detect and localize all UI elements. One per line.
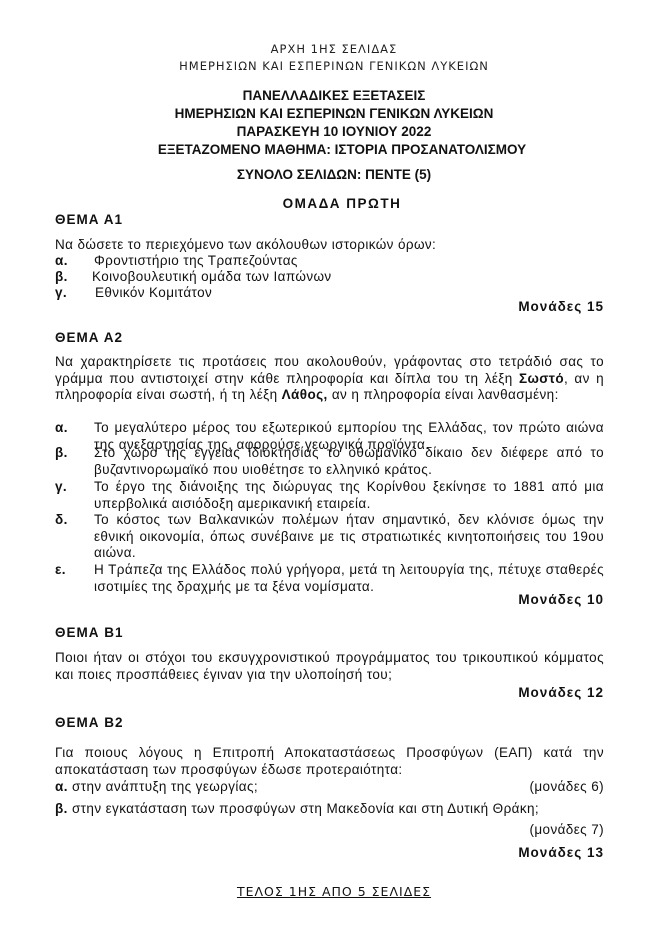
title-total-pages: ΣΥΝΟΛΟ ΣΕΛΙΔΩΝ: ΠΕΝΤΕ (5) <box>0 167 668 182</box>
item-label: δ. <box>55 512 68 529</box>
header-page-start: ΑΡΧΗ 1ΗΣ ΣΕΛΙΔΑΣ <box>0 42 668 56</box>
exam-page: ΑΡΧΗ 1ΗΣ ΣΕΛΙΔΑΣ ΗΜΕΡΗΣΙΩΝ ΚΑΙ ΕΣΠΕΡΙΝΩΝ… <box>0 0 668 945</box>
intro-wrong-word: Λάθος, <box>282 387 328 402</box>
theme-b2-marks: Μονάδες 13 <box>518 845 604 860</box>
item-label: β. <box>55 801 68 816</box>
item-text: Στο χώρο της έγγειας ιδιοκτησίας το οθωμ… <box>94 445 604 478</box>
header-school-type: ΗΜΕΡΗΣΙΩΝ ΚΑΙ ΕΣΠΕΡΙΝΩΝ ΓΕΝΙΚΩΝ ΛΥΚΕΙΩΝ <box>0 59 668 73</box>
item-label: α. <box>55 253 68 270</box>
theme-a1-marks: Μονάδες 15 <box>518 299 604 314</box>
theme-a2-heading: ΘΕΜΑ Α2 <box>55 330 123 345</box>
theme-a2-marks: Μονάδες 10 <box>518 592 604 607</box>
item-label: γ. <box>55 285 67 302</box>
item-text: στην εγκατάσταση των προσφύγων στη Μακεδ… <box>68 801 539 816</box>
theme-b1-heading: ΘΕΜΑ Β1 <box>55 625 124 640</box>
theme-b2-heading: ΘΕΜΑ Β2 <box>55 715 124 730</box>
theme-b2-item-marks: (μονάδες 6) <box>529 779 604 794</box>
theme-b2-item-marks: (μονάδες 7) <box>529 822 604 837</box>
item-label: β. <box>55 269 68 286</box>
item-text: στην ανάπτυξη της γεωργίας; <box>68 779 258 794</box>
item-label: α. <box>55 420 68 437</box>
item-text: Το έργο της διάνοιξης της διώρυγας της Κ… <box>94 479 604 512</box>
item-label: β. <box>55 445 68 462</box>
theme-b2-intro: Για ποιους λόγους η Επιτροπή Αποκαταστάσ… <box>55 745 604 778</box>
page-footer: ΤΕΛΟΣ 1ΗΣ ΑΠΟ 5 ΣΕΛΙΔΕΣ <box>0 884 668 899</box>
title-date: ΠΑΡΑΣΚΕΥΗ 10 ΙΟΥΝΙΟΥ 2022 <box>0 124 668 139</box>
item-label: γ. <box>55 479 67 496</box>
title-schools: ΗΜΕΡΗΣΙΩΝ ΚΑΙ ΕΣΠΕΡΙΝΩΝ ΓΕΝΙΚΩΝ ΛΥΚΕΙΩΝ <box>0 106 668 121</box>
theme-b2-item: β. στην εγκατάσταση των προσφύγων στη Μα… <box>55 801 539 816</box>
title-subject: ΕΞΕΤΑΖΟΜΕΝΟ ΜΑΘΗΜΑ: ΙΣΤΟΡΙΑ ΠΡΟΣΑΝΑΤΟΛΙΣ… <box>8 142 668 157</box>
item-text: Φροντιστήριο της Τραπεζούντας <box>94 253 604 270</box>
title-exams: ΠΑΝΕΛΛΑΔΙΚΕΣ ΕΞΕΤΑΣΕΙΣ <box>0 88 668 103</box>
theme-a1-intro: Να δώσετε το περιεχόμενο των ακόλουθων ι… <box>55 237 604 254</box>
intro-text: αν η πληροφορία είναι λανθασμένη: <box>328 387 559 402</box>
theme-b1-marks: Μονάδες 12 <box>518 685 604 700</box>
item-text: Το κόστος των Βαλκανικών πολέμων ήταν ση… <box>94 512 604 562</box>
intro-correct-word: Σωστό <box>519 371 564 386</box>
footer-text: ΤΕΛΟΣ 1ΗΣ ΑΠΟ 5 ΣΕΛΙΔΕΣ <box>237 884 431 899</box>
item-text: Η Τράπεζα της Ελλάδος πολύ γρήγορα, μετά… <box>94 562 604 595</box>
theme-a1-heading: ΘΕΜΑ Α1 <box>55 212 123 227</box>
group-heading: ΟΜΑΔΑ ΠΡΩΤΗ <box>8 196 668 211</box>
item-label: ε. <box>55 562 66 579</box>
theme-b2-item: α. στην ανάπτυξη της γεωργίας; <box>55 779 258 794</box>
item-text: Κοινοβουλευτική ομάδα των Ιαπώνων <box>92 269 602 286</box>
theme-b1-text: Ποιοι ήταν οι στόχοι του εκσυγχρονιστικο… <box>55 650 604 683</box>
item-label: α. <box>55 779 68 794</box>
theme-a2-intro: Να χαρακτηρίσετε τις προτάσεις που ακολο… <box>55 354 604 404</box>
